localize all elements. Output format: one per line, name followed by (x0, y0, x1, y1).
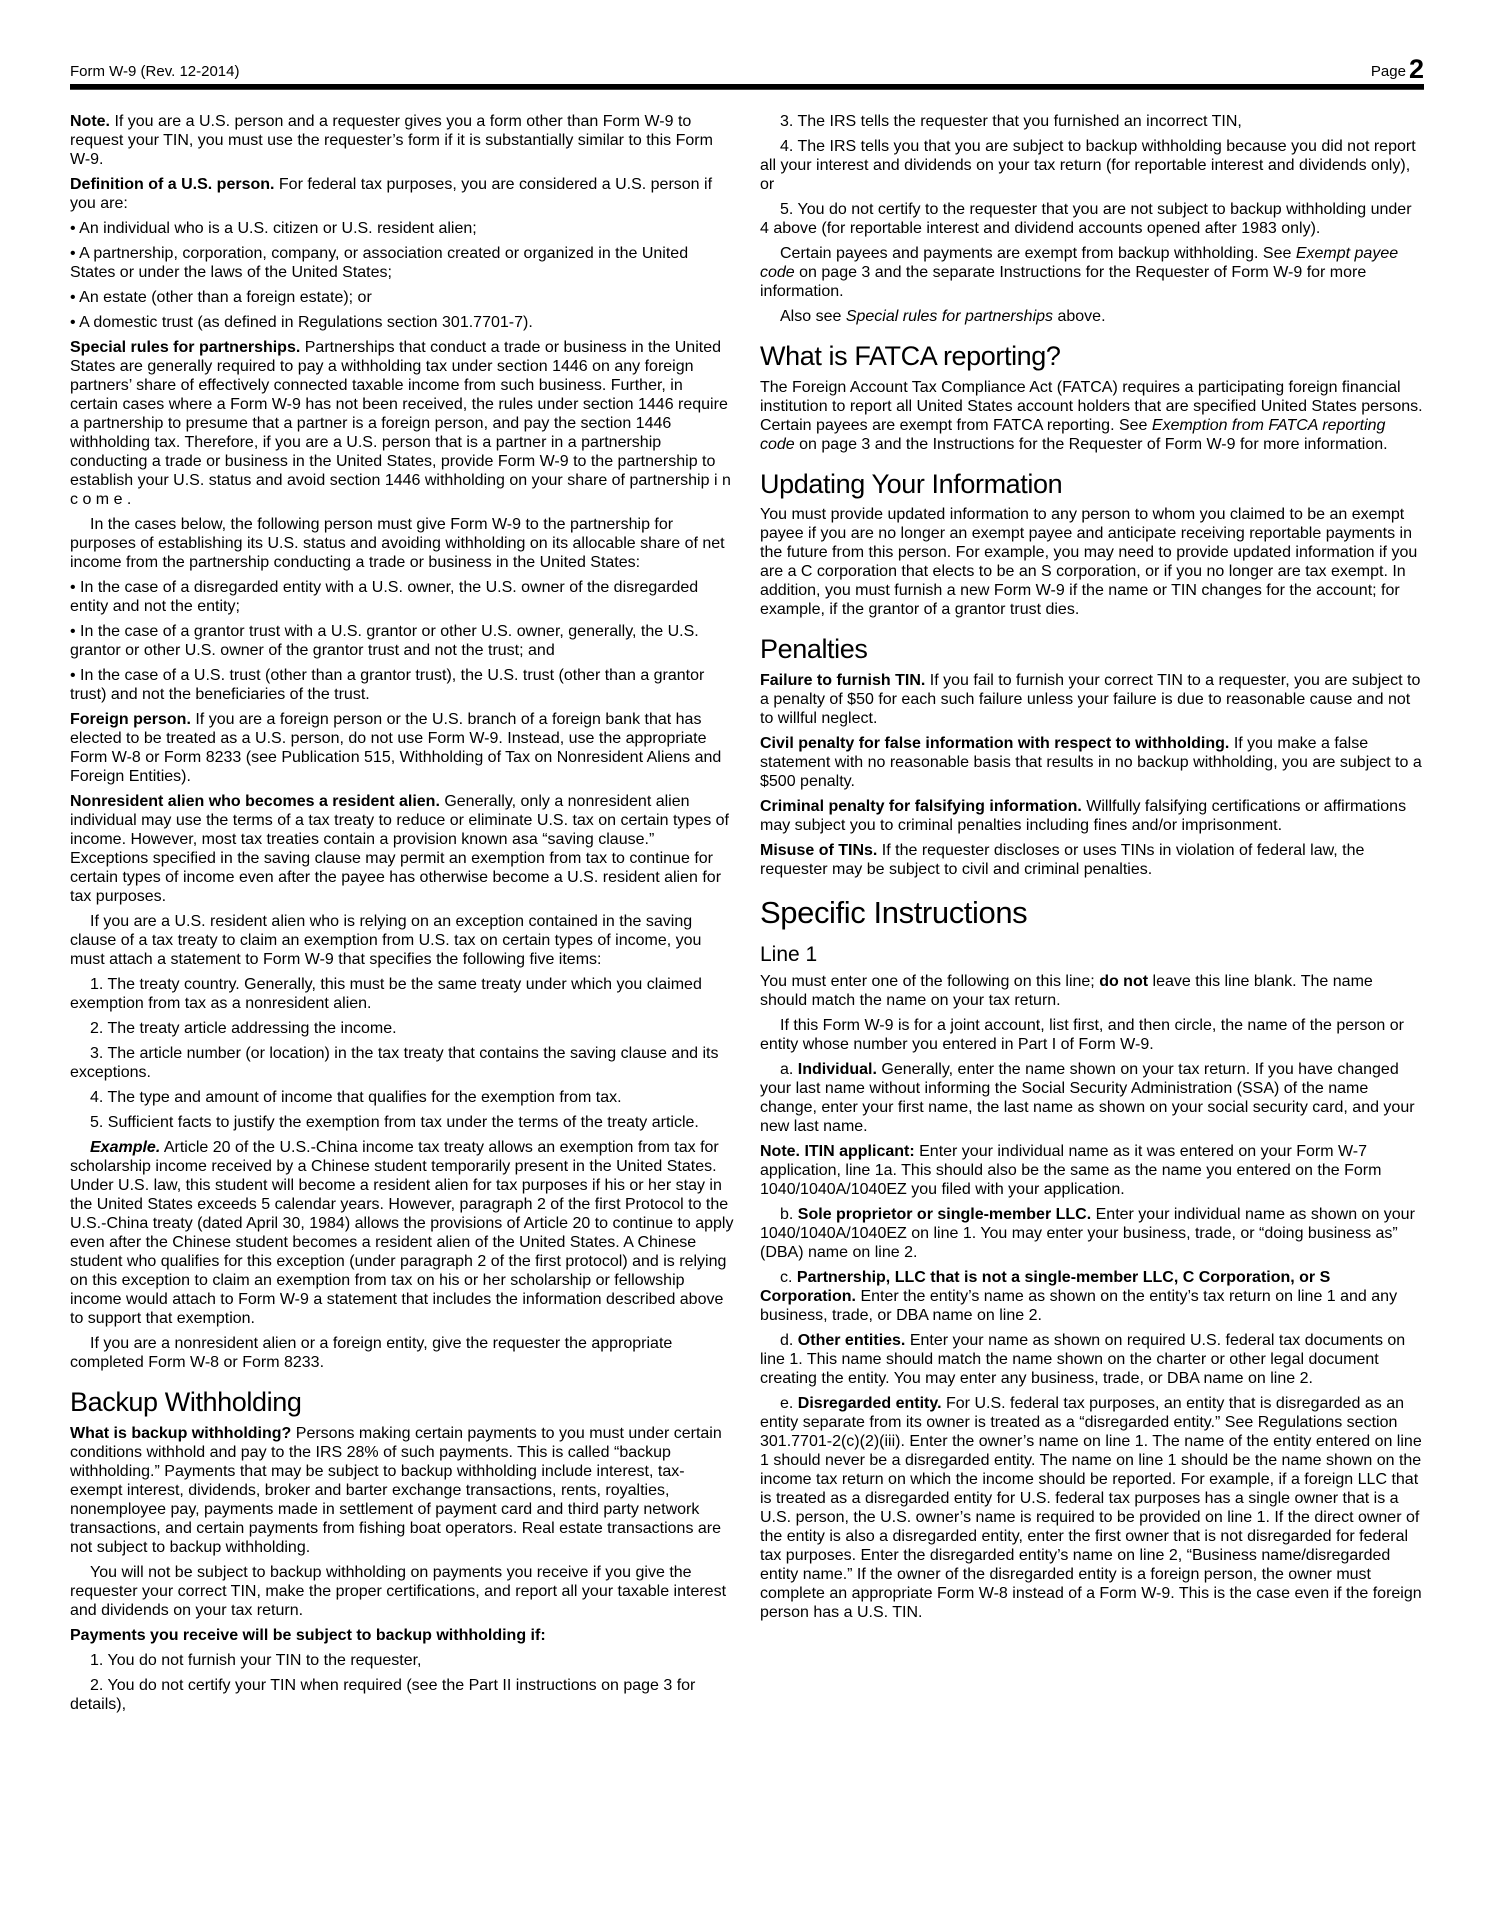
text-segment: If you are a U.S. person and a requester… (70, 113, 713, 168)
text-segment: e. (780, 1395, 798, 1412)
bullet-item: • In the case of a U.S. trust (other tha… (70, 666, 734, 704)
text-segment: 2. You do not certify your TIN when requ… (70, 1677, 695, 1713)
paragraph: Nonresident alien who becomes a resident… (70, 792, 734, 906)
paragraph: Definition of a U.S. person. For federal… (70, 175, 734, 213)
section-heading: Specific Instructions (760, 897, 1424, 930)
page-header: Form W-9 (Rev. 12-2014) Page 2 (70, 58, 1424, 84)
bullet-item: • An individual who is a U.S. citizen or… (70, 219, 734, 238)
bullet-item: • A domestic trust (as defined in Regula… (70, 313, 734, 332)
paragraph: Note. ITIN applicant: Enter your individ… (760, 1142, 1424, 1199)
text-segment: on page 3 and the separate Instructions … (760, 264, 1366, 300)
section-heading: Penalties (760, 635, 1424, 664)
text-segment: 3. The IRS tells the requester that you … (780, 113, 1242, 130)
paragraph: 3. The article number (or location) in t… (70, 1044, 734, 1082)
text-segment: • A domestic trust (as defined in Regula… (70, 314, 533, 331)
text-segment: Note. (70, 113, 110, 130)
text-segment: 2. The treaty article addressing the inc… (90, 1020, 397, 1037)
text-segment: Special rules for partnerships. (70, 339, 300, 356)
text-segment: Persons making certain payments to you m… (70, 1425, 722, 1556)
text-segment: 1. The treaty country. Generally, this m… (70, 976, 702, 1012)
text-segment: Example. (90, 1139, 160, 1156)
header-rule (70, 84, 1424, 90)
text-segment: Partnerships that conduct a trade or bus… (70, 339, 731, 508)
right-column: 3. The IRS tells the requester that you … (760, 112, 1424, 1714)
paragraph: In the cases below, the following person… (70, 515, 734, 572)
text-segment: Failure to furnish TIN. (760, 672, 925, 689)
paragraph: You must enter one of the following on t… (760, 972, 1424, 1010)
paragraph: If you are a U.S. resident alien who is … (70, 912, 734, 969)
section-heading: Backup Withholding (70, 1388, 734, 1417)
text-segment: What is backup withholding? (70, 1425, 291, 1442)
text-segment: a. (780, 1061, 798, 1078)
form-revision-label: Form W-9 (Rev. 12-2014) (70, 63, 240, 80)
text-segment: Also see (780, 308, 846, 325)
text-segment: You must enter one of the following on t… (760, 973, 1099, 990)
paragraph: 5. You do not certify to the requester t… (760, 200, 1424, 238)
bullet-item: • In the case of a grantor trust with a … (70, 622, 734, 660)
document-page: Form W-9 (Rev. 12-2014) Page 2 Note. If … (0, 0, 1488, 1925)
text-segment: c. (780, 1269, 797, 1286)
bullet-item: • A partnership, corporation, company, o… (70, 244, 734, 282)
text-segment: • An individual who is a U.S. citizen or… (70, 220, 477, 237)
paragraph: 4. The IRS tells you that you are subjec… (760, 137, 1424, 194)
text-segment: • A partnership, corporation, company, o… (70, 245, 688, 281)
text-segment: Specific Instructions (760, 895, 1027, 930)
paragraph: If you are a nonresident alien or a fore… (70, 1334, 734, 1372)
text-segment: Other entities. (798, 1332, 906, 1349)
text-segment: If this Form W-9 is for a joint account,… (760, 1017, 1404, 1053)
text-segment: Foreign person. (70, 711, 191, 728)
paragraph: Civil penalty for false information with… (760, 734, 1424, 791)
text-segment: 5. You do not certify to the requester t… (760, 201, 1412, 237)
paragraph: d. Other entities. Enter your name as sh… (760, 1331, 1424, 1388)
text-segment: Penalties (760, 634, 867, 664)
text-segment: Criminal penalty for falsifying informat… (760, 798, 1082, 815)
paragraph: Foreign person. If you are a foreign per… (70, 710, 734, 786)
paragraph: Also see Special rules for partnerships … (760, 307, 1424, 326)
page-word: Page (1371, 63, 1406, 80)
text-segment: What is FATCA reporting? (760, 341, 1061, 371)
text-segment: Individual. (798, 1061, 877, 1078)
text-segment: Certain payees and payments are exempt f… (780, 245, 1296, 262)
text-segment: Updating Your Information (760, 469, 1062, 499)
text-segment: 5. Sufficient facts to justify the exemp… (90, 1114, 699, 1131)
paragraph: 4. The type and amount of income that qu… (70, 1088, 734, 1107)
page-number: 2 (1409, 58, 1424, 80)
section-heading: What is FATCA reporting? (760, 342, 1424, 371)
text-segment: Backup Withholding (70, 1387, 301, 1417)
text-segment: If you are a nonresident alien or a fore… (70, 1335, 672, 1371)
text-segment: Disregarded entity. (798, 1395, 942, 1412)
paragraph: Certain payees and payments are exempt f… (760, 244, 1424, 301)
text-segment: Enter the entity’s name as shown on the … (760, 1288, 1397, 1324)
paragraph: 1. You do not furnish your TIN to the re… (70, 1651, 734, 1670)
paragraph: Misuse of TINs. If the requester disclos… (760, 841, 1424, 879)
text-segment: Definition of a U.S. person. (70, 176, 274, 193)
section-heading: Line 1 (760, 944, 1424, 966)
bullet-item: • An estate (other than a foreign estate… (70, 288, 734, 307)
text-segment: Article 20 of the U.S.-China income tax … (70, 1139, 733, 1327)
text-segment: • An estate (other than a foreign estate… (70, 289, 372, 306)
paragraph: What is backup withholding? Persons maki… (70, 1424, 734, 1557)
text-segment: Payments you receive will be subject to … (70, 1627, 546, 1644)
text-segment: 4. The IRS tells you that you are subjec… (760, 138, 1416, 193)
paragraph: b. Sole proprietor or single-member LLC.… (760, 1205, 1424, 1262)
text-segment: For U.S. federal tax purposes, an entity… (760, 1395, 1422, 1621)
paragraph: Failure to furnish TIN. If you fail to f… (760, 671, 1424, 728)
text-segment: Line 1 (760, 943, 817, 966)
paragraph: 2. You do not certify your TIN when requ… (70, 1676, 734, 1714)
paragraph: 3. The IRS tells the requester that you … (760, 112, 1424, 131)
paragraph: Special rules for partnerships. Partners… (70, 338, 734, 509)
paragraph: e. Disregarded entity. For U.S. federal … (760, 1394, 1424, 1622)
text-segment: 4. The type and amount of income that qu… (90, 1089, 622, 1106)
text-segment: 3. The article number (or location) in t… (70, 1045, 718, 1081)
left-column: Note. If you are a U.S. person and a req… (70, 112, 734, 1714)
paragraph: Payments you receive will be subject to … (70, 1626, 734, 1645)
paragraph: You will not be subject to backup withho… (70, 1563, 734, 1620)
text-segment: • In the case of a grantor trust with a … (70, 623, 699, 659)
text-segment: 1. You do not furnish your TIN to the re… (90, 1652, 421, 1669)
paragraph: You must provide updated information to … (760, 505, 1424, 619)
text-segment: Nonresident alien who becomes a resident… (70, 793, 440, 810)
text-segment: d. (780, 1332, 798, 1349)
paragraph: 5. Sufficient facts to justify the exemp… (70, 1113, 734, 1132)
text-segment: If you are a U.S. resident alien who is … (70, 913, 701, 968)
text-segment: Civil penalty for false information with… (760, 735, 1229, 752)
page-indicator: Page 2 (1371, 58, 1424, 80)
text-segment: b. (780, 1206, 798, 1223)
bullet-item: • In the case of a disregarded entity wi… (70, 578, 734, 616)
paragraph: The Foreign Account Tax Compliance Act (… (760, 378, 1424, 454)
text-segment: Special rules for partnerships (846, 308, 1053, 325)
text-segment: Sole proprietor or single-member LLC. (798, 1206, 1091, 1223)
text-segment: • In the case of a disregarded entity wi… (70, 579, 698, 615)
paragraph: Example. Article 20 of the U.S.-China in… (70, 1138, 734, 1328)
instructions-content: Note. If you are a U.S. person and a req… (70, 112, 1424, 1714)
paragraph: 2. The treaty article addressing the inc… (70, 1019, 734, 1038)
paragraph: a. Individual. Generally, enter the name… (760, 1060, 1424, 1136)
paragraph: c. Partnership, LLC that is not a single… (760, 1268, 1424, 1325)
text-segment: You will not be subject to backup withho… (70, 1564, 726, 1619)
text-segment: In the cases below, the following person… (70, 516, 725, 571)
text-segment: do not (1099, 973, 1148, 990)
text-segment: • In the case of a U.S. trust (other tha… (70, 667, 704, 703)
paragraph: Criminal penalty for falsifying informat… (760, 797, 1424, 835)
text-segment: Misuse of TINs. (760, 842, 877, 859)
text-segment: on page 3 and the Instructions for the R… (795, 436, 1388, 453)
paragraph: 1. The treaty country. Generally, this m… (70, 975, 734, 1013)
paragraph: Note. If you are a U.S. person and a req… (70, 112, 734, 169)
text-segment: You must provide updated information to … (760, 506, 1417, 618)
section-heading: Updating Your Information (760, 470, 1424, 499)
text-segment: Note. ITIN applicant: (760, 1143, 915, 1160)
paragraph: If this Form W-9 is for a joint account,… (760, 1016, 1424, 1054)
text-segment: above. (1053, 308, 1105, 325)
